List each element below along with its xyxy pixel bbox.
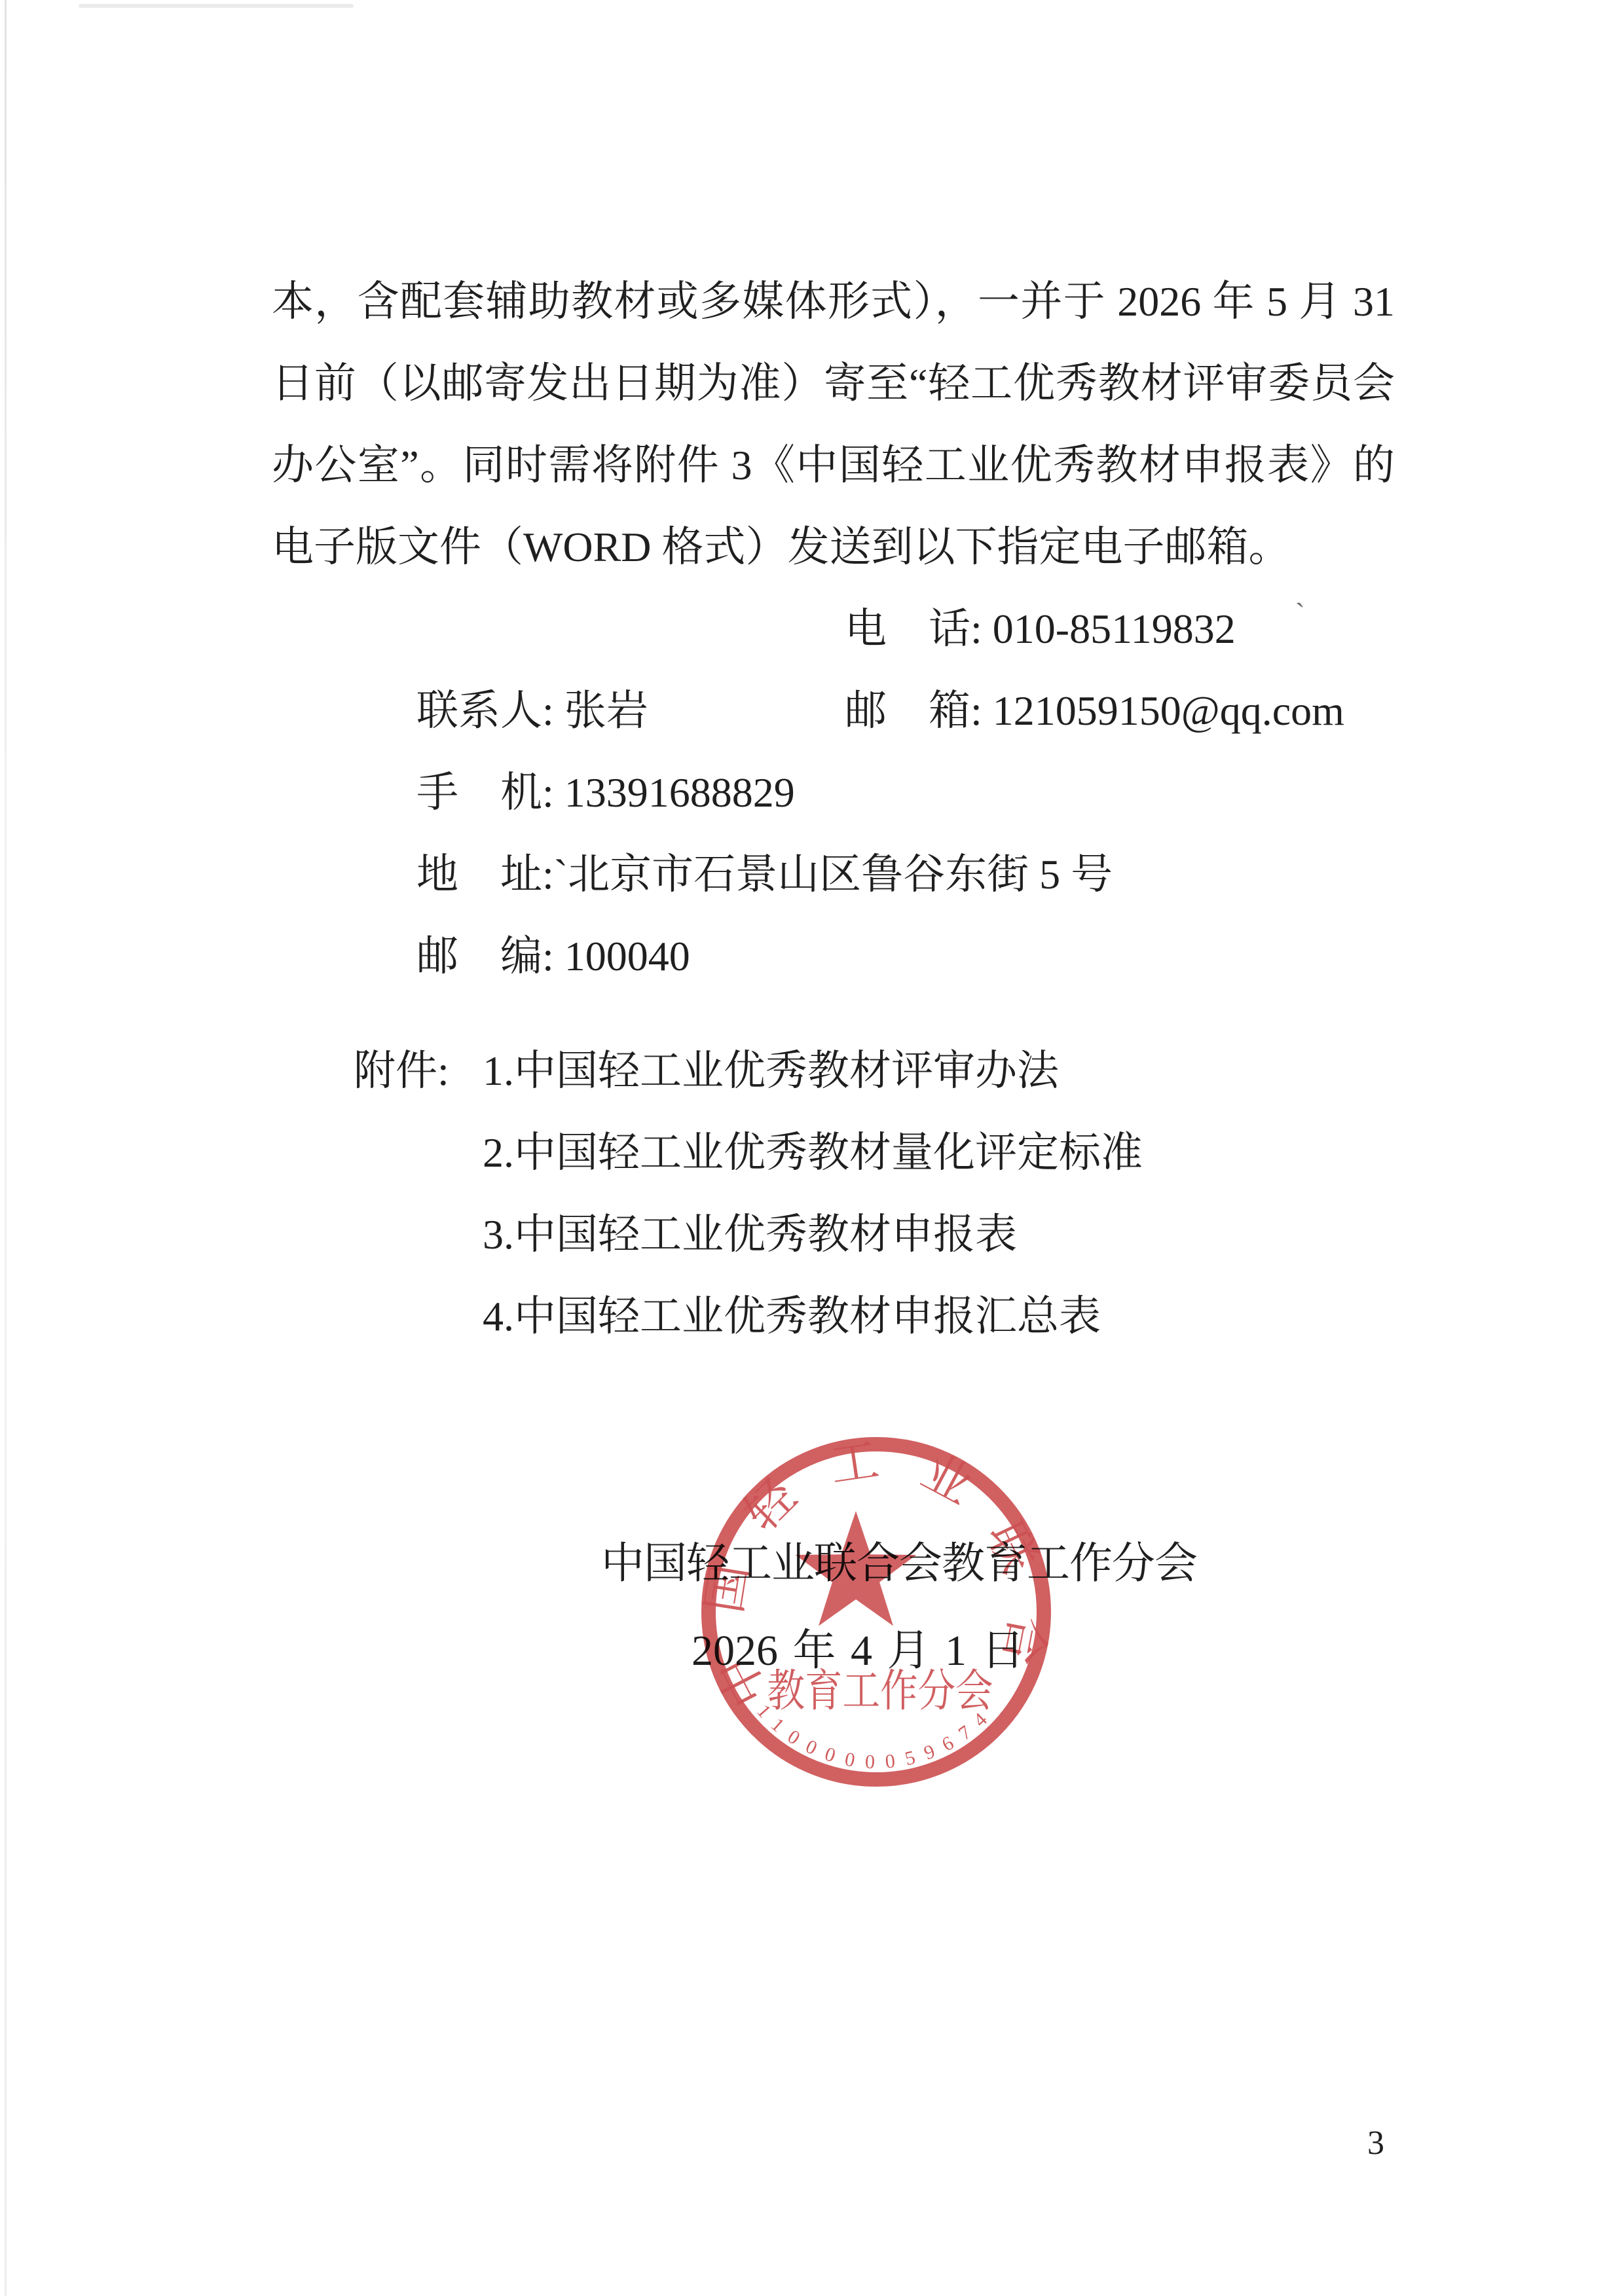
body-line: 办公室”。同时需将附件 3《中国轻工业优秀教材申报表》的 bbox=[272, 424, 1395, 506]
official-seal: 中国轻工业联合会 教育工作分会 1100000059674 bbox=[693, 1429, 1060, 1795]
contact-phone: 电 话: 010-85119832 bbox=[845, 588, 1236, 670]
attachment-item: 1.中国轻工业优秀教材评审办法 bbox=[483, 1030, 1143, 1112]
body-line: 日前（以邮寄发出日期为准）寄至“轻工优秀教材评审委员会 bbox=[272, 342, 1395, 424]
contact-row: 地 址:`北京市石景山区鲁谷东街 5 号 bbox=[272, 752, 1395, 833]
attachments-block: 附件: 1.中国轻工业优秀教材评审办法 2.中国轻工业优秀教材量化评定标准 3.… bbox=[354, 1030, 1143, 1357]
contact-zipcode: 邮 编: 100040 bbox=[416, 933, 690, 979]
attachments-list: 1.中国轻工业优秀教材评审办法 2.中国轻工业优秀教材量化评定标准 3.中国轻工… bbox=[483, 1030, 1143, 1357]
contact-row: 邮 编: 100040 bbox=[272, 833, 1395, 915]
scan-noise-tick: ` bbox=[1295, 600, 1305, 629]
scan-smudge-artifact bbox=[79, 4, 354, 8]
body-line: 本，含配套辅助教材或多媒体形式），一并于 2026 年 5 月 31 bbox=[272, 261, 1395, 342]
document-page: 本，含配套辅助教材或多媒体形式），一并于 2026 年 5 月 31 日前（以邮… bbox=[0, 0, 1624, 2296]
attachment-item: 4.中国轻工业优秀教材申报汇总表 bbox=[483, 1275, 1143, 1357]
scan-edge-artifact bbox=[5, 0, 7, 2296]
contact-row: 联系人: 张岩 电 话: 010-85119832 bbox=[272, 588, 1395, 670]
page-number: 3 bbox=[1367, 2126, 1384, 2160]
attachments-label: 附件: bbox=[354, 1030, 483, 1357]
seal-star-icon bbox=[796, 1511, 917, 1626]
contact-row: 手 机: 13391688829 邮 箱: 121059150@qq.com bbox=[272, 670, 1395, 752]
body-line: 电子版文件（WORD 格式）发送到以下指定电子邮箱。 bbox=[272, 506, 1395, 588]
attachment-item: 3.中国轻工业优秀教材申报表 bbox=[483, 1194, 1143, 1275]
contact-email: 邮 箱: 121059150@qq.com bbox=[845, 670, 1344, 752]
seal-banner-text: 教育工作分会 bbox=[767, 1666, 993, 1716]
attachment-item: 2.中国轻工业优秀教材量化评定标准 bbox=[483, 1112, 1143, 1194]
body-text-block: 本，含配套辅助教材或多媒体形式），一并于 2026 年 5 月 31 日前（以邮… bbox=[272, 261, 1395, 915]
